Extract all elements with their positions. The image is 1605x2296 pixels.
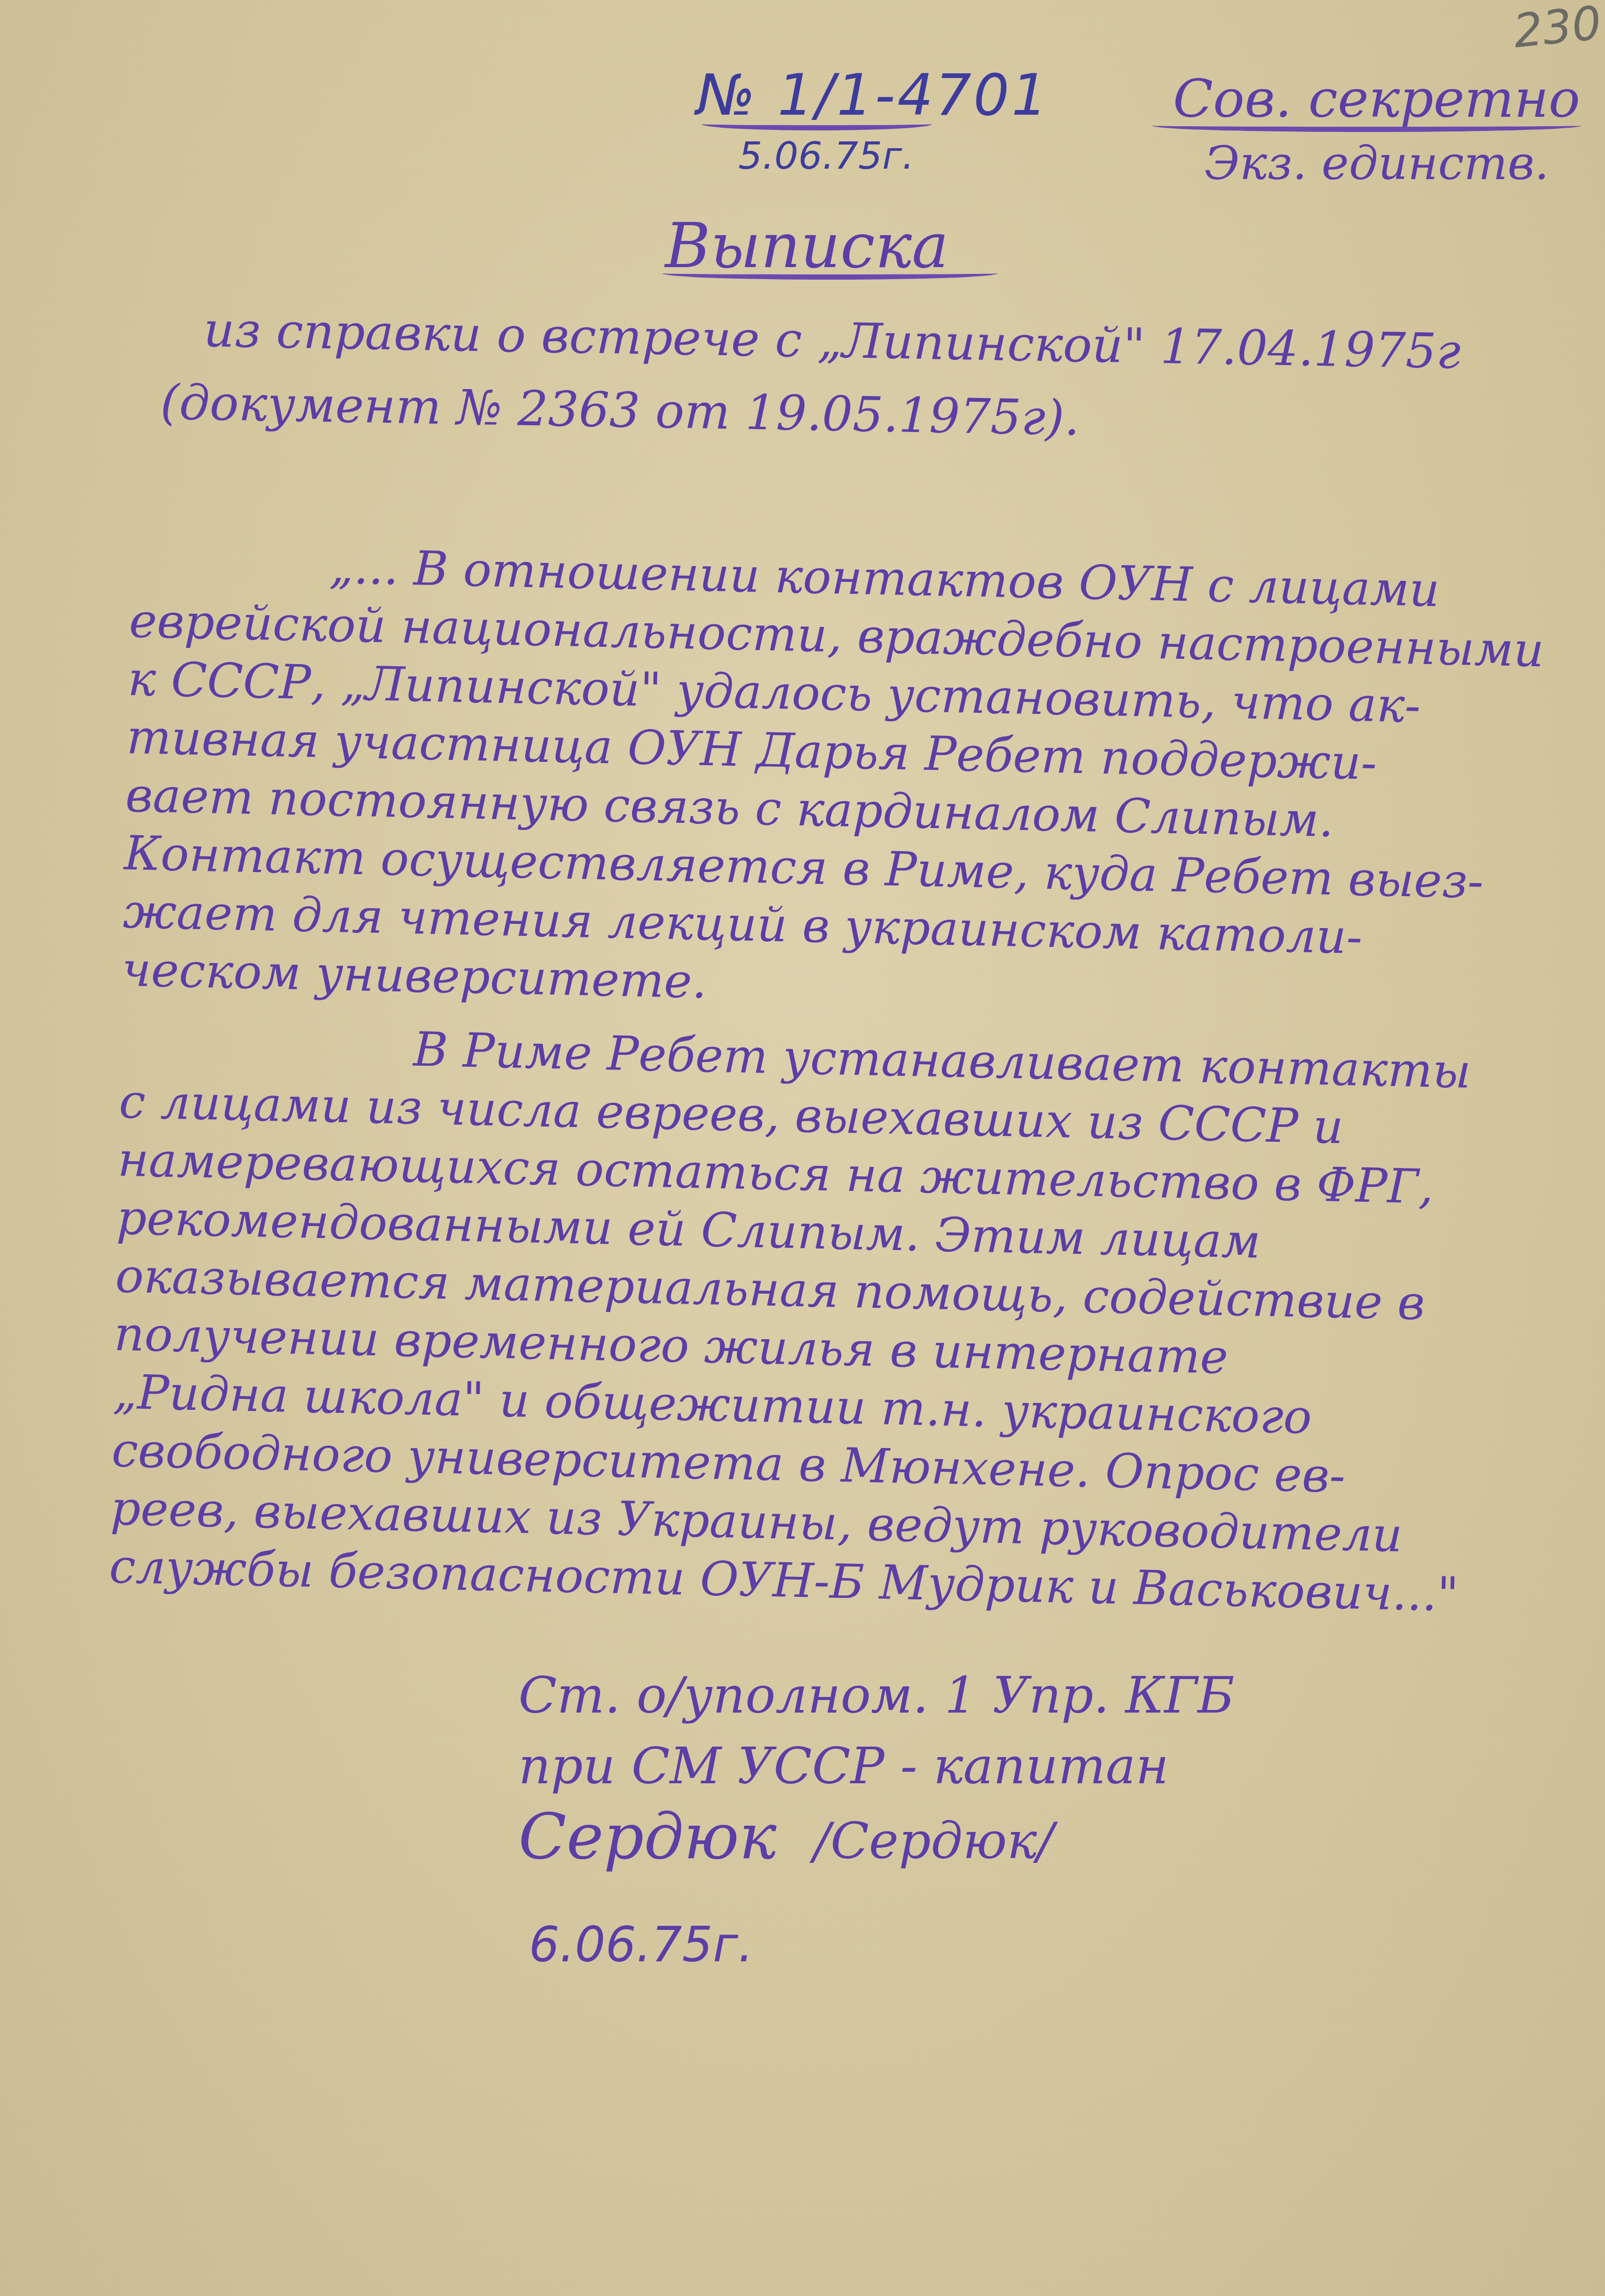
document-page: 230 № 1/1-4701 5.06.75г. Сов. секретно Э… xyxy=(0,0,1605,2296)
paragraph-1: „... В отношении контактов ОУН с лицами … xyxy=(121,534,1597,1030)
registration-underline xyxy=(702,118,932,130)
signature-date: 6.06.75г. xyxy=(529,1917,754,1973)
handwritten-signature: Сердюк xyxy=(518,1802,777,1872)
signer-position: Ст. о/уполном. 1 Упр. КГБ xyxy=(518,1660,1234,1731)
registration-date: 5.06.75г. xyxy=(738,134,914,178)
paragraph-2: В Риме Ребет устанавливает контакты с ли… xyxy=(109,1015,1587,1627)
document-subtitle: из справки о встрече с „Липинской" 17.04… xyxy=(202,293,1565,463)
title-underline xyxy=(662,267,998,280)
archive-page-number: 230 xyxy=(1511,0,1604,58)
signature-line: Сердюк /Сердюк/ xyxy=(518,1802,1234,1876)
document-body: „... В отношении контактов ОУН с лицами … xyxy=(109,534,1597,1627)
signer-rank: при СМ УССР - капитан xyxy=(518,1731,1234,1802)
signature-block: Ст. о/уполном. 1 Упр. КГБ при СМ УССР - … xyxy=(518,1660,1234,1876)
classification-underline xyxy=(1152,119,1581,132)
copy-note: Экз. единств. xyxy=(1204,136,1549,190)
signer-name: /Сердюк/ xyxy=(814,1812,1054,1870)
